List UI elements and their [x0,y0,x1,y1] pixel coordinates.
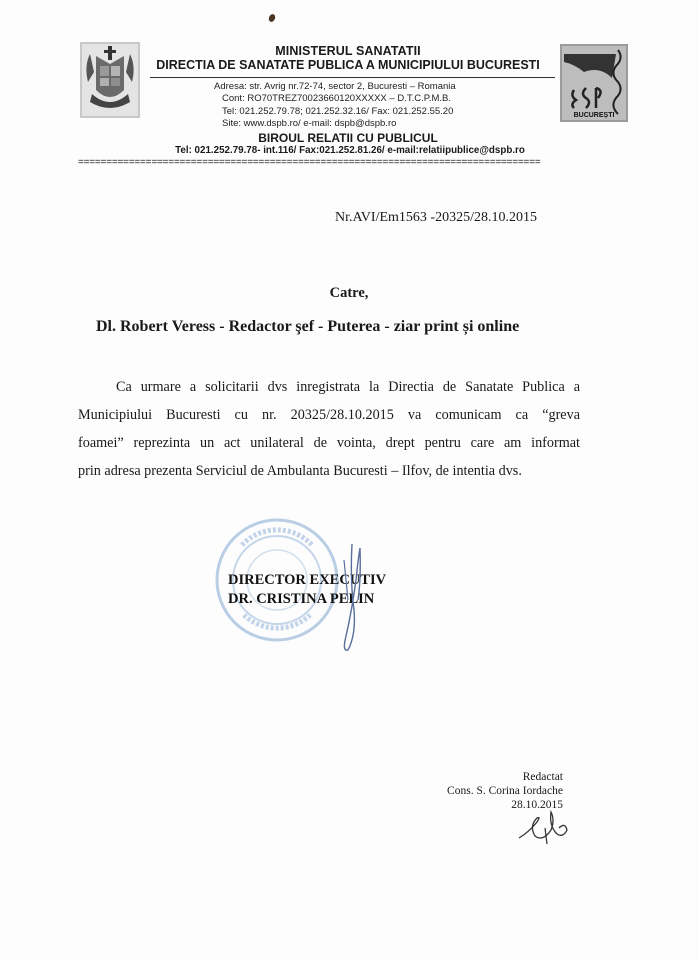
letter-body: Ca urmare a solicitarii dvs inregistrata… [78,373,580,485]
body-line: Municipiului Bucuresti cu nr. 20325/28.1… [78,401,580,429]
bank-account-line: Cont: RO70TREZ70023660120XXXXX – D.T.C.P… [222,93,451,104]
romanian-coat-of-arms-icon [80,42,140,118]
office-contact-line: Tel: 021.252.79.78- int.116/ Fax:021.252… [80,145,620,157]
drafted-block: Redactat Cons. S. Corina Iordache 28.10.… [420,770,563,812]
address-line: Adresa: str. Avrig nr.72-74, sector 2, B… [214,81,456,92]
directorate-name: DIRECTIA DE SANATATE PUBLICA A MUNICIPIU… [140,58,556,72]
drafted-author: Cons. S. Corina Iordache [420,784,563,798]
separator-line: ========================================… [78,158,623,168]
initials-signature-icon [515,808,573,846]
svg-text:BUCUREȘTI: BUCUREȘTI [574,112,615,119]
office-name: BIROUL RELATII CU PUBLICUL [140,131,556,145]
drafted-label: Redactat [420,770,563,784]
ink-speck [268,13,277,23]
recipient-line: Dl. Robert Veress - Redactor şef - Puter… [96,318,616,336]
signature-icon [330,540,370,655]
header-divider [150,77,555,78]
salutation: Catre, [0,285,698,301]
site-email-line: Site: www.dspb.ro/ e-mail: dspb@dspb.ro [222,118,396,129]
registration-number: Nr.AVI/Em1563 -20325/28.10.2015 [335,210,537,226]
ministry-name: MINISTERUL SANATATII [140,44,556,58]
phone-line: Tel: 021.252.79.78; 021.252.32.16/ Fax: … [222,106,453,117]
dsp-bucuresti-logo-icon: BUCUREȘTI [560,44,628,122]
body-line: foamei” reprezinta un act unilateral de … [78,429,580,457]
body-line: prin adresa prezenta Serviciul de Ambula… [78,457,580,485]
letter-page: BUCUREȘTI MINISTERUL SANATATII DIRECTIA … [0,0,698,960]
body-line: Ca urmare a solicitarii dvs inregistrata… [78,373,580,401]
